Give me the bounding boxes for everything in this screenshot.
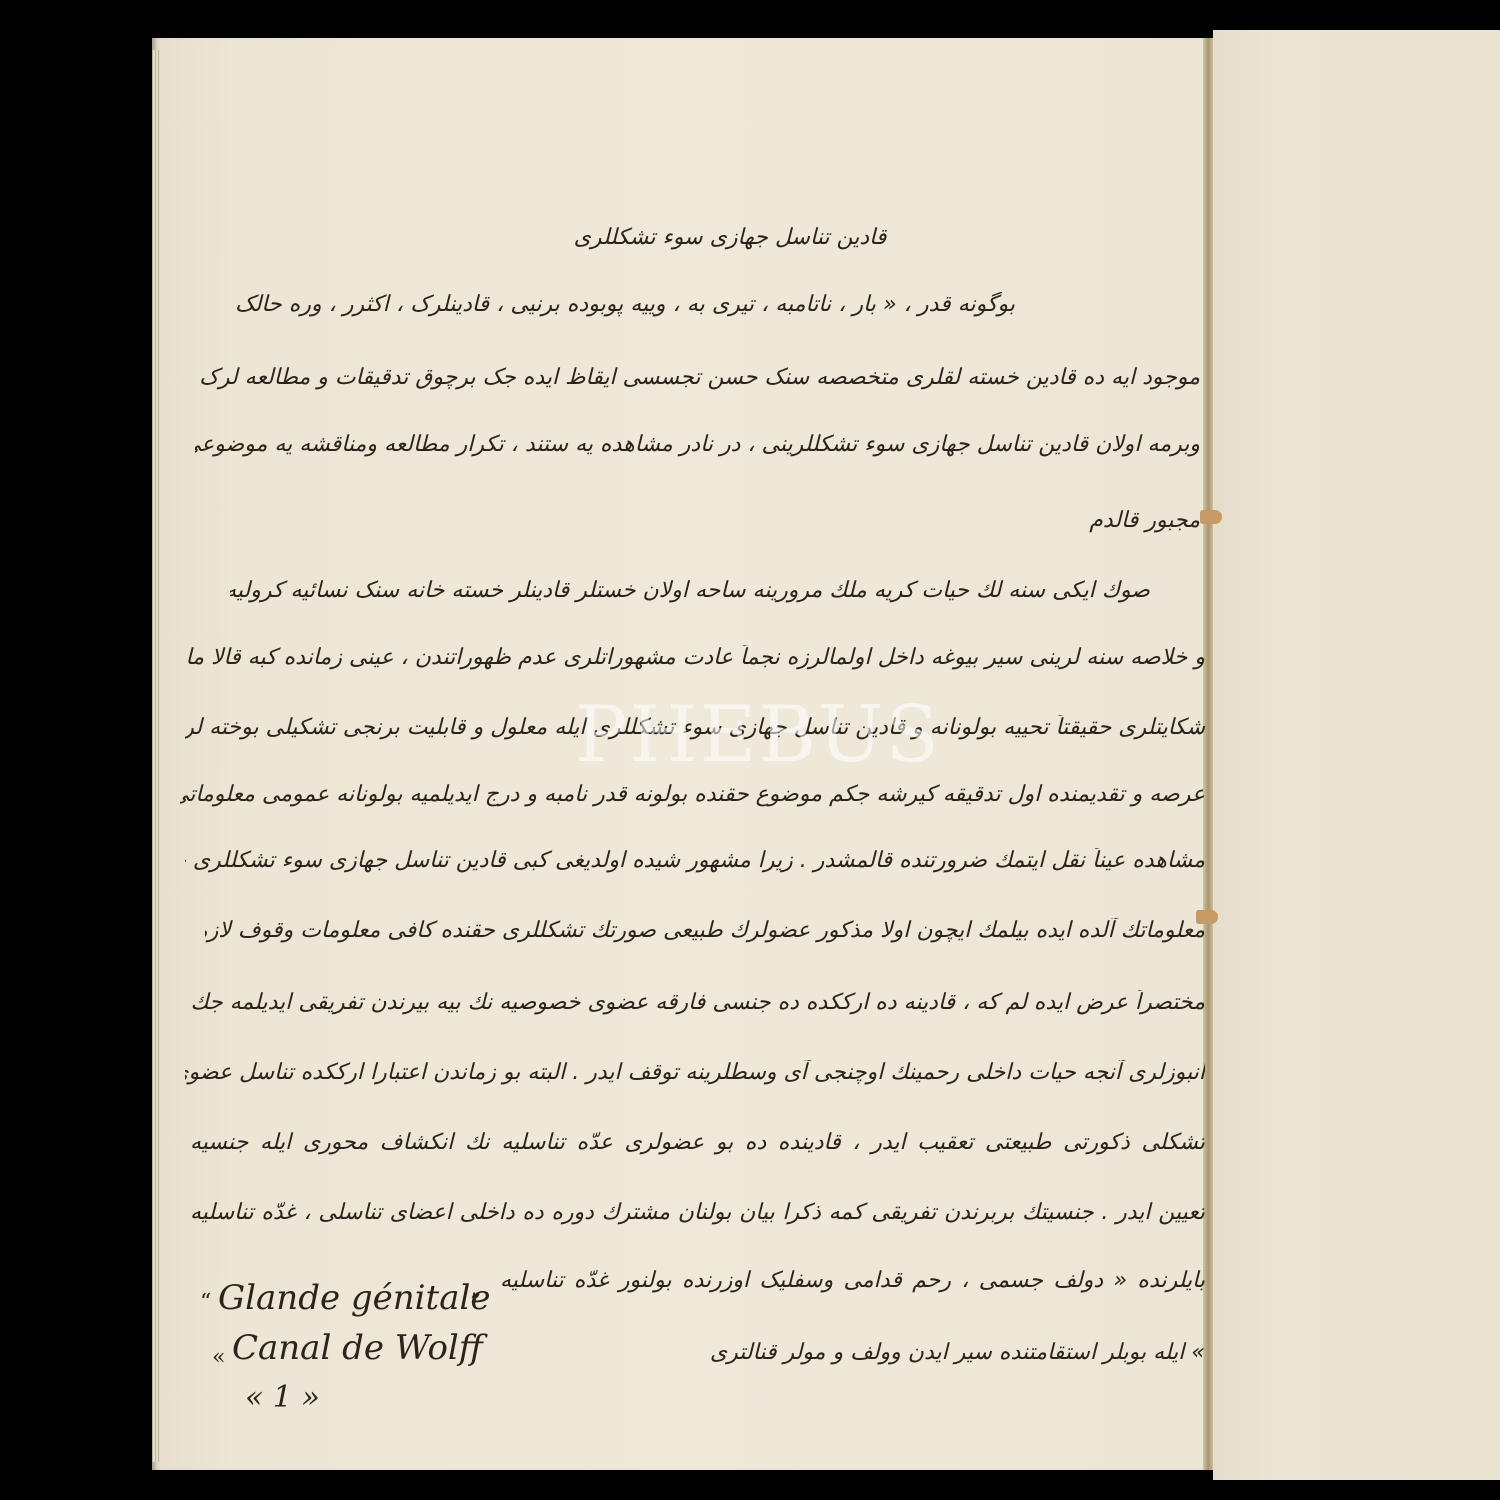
text-line: تشکلی ذکورتی طبیعتی تعقیب ایدر ، قادینده… xyxy=(190,1130,1205,1155)
open-quote: “ xyxy=(200,1290,211,1315)
close-quote: ” xyxy=(470,1290,481,1315)
latin-term-glande-genitale: Glande génitale xyxy=(218,1278,490,1318)
text-line: موجود ایه ده قادین خسته لقلری متخصصه سنک… xyxy=(200,365,1200,390)
text-line: مجبور قالدم . xyxy=(1080,508,1200,533)
watermark: PHEBUS xyxy=(575,690,941,780)
page-number: « 1 » xyxy=(245,1380,320,1415)
text-line: و خلاصه سنه لرینی سیر بیوغه داخل اولمالر… xyxy=(185,645,1205,670)
text-line: عرصه و تقدیمنده اول تدقیقه کیرشه جکم موض… xyxy=(180,782,1205,807)
text-line: معلوماتك آلده ایده بیلمك ایچون اولا مذکو… xyxy=(205,918,1205,943)
manuscript-title: قادین تناسل جهازی سوء تشکللری xyxy=(560,225,900,250)
open-quote: « xyxy=(212,1345,225,1370)
right-blank-page xyxy=(1213,30,1500,1480)
paper-tear-upper xyxy=(1200,510,1222,524)
latin-term-canal-de-wolff: Canal de Wolff xyxy=(232,1328,483,1368)
text-line: انبوزلری آنجه حیات داخلی رحمینك اوچنجی آ… xyxy=(185,1060,1205,1085)
text-line: تعیین ایدر . جنسیتك بربرندن تفریقی کمه ذ… xyxy=(190,1200,1205,1225)
text-line: بوگونه قدر ، « بار ، ناتامبه ، تیری به ،… xyxy=(235,292,1015,317)
text-line: » ایله بوبلر استقامتنده سیر ایدن وولف و … xyxy=(560,1340,1205,1365)
text-line: مختصراً عرض ایده لم که ، قادینه ده ارککد… xyxy=(190,990,1205,1015)
text-line: صوك ایکی سنه لك حیات کریه ملك مرورینه سا… xyxy=(230,578,1150,603)
text-line: وبرمه اولان قادین تناسل جهازی سوء تشکللر… xyxy=(195,432,1200,457)
text-line: بایلرنده « دولف جسمی ، رحم قدامی وسفلیک … xyxy=(500,1268,1205,1293)
text-line: مشاهده عیناً نقل ایتمك ضرورتنده قالمشدر … xyxy=(185,848,1205,873)
